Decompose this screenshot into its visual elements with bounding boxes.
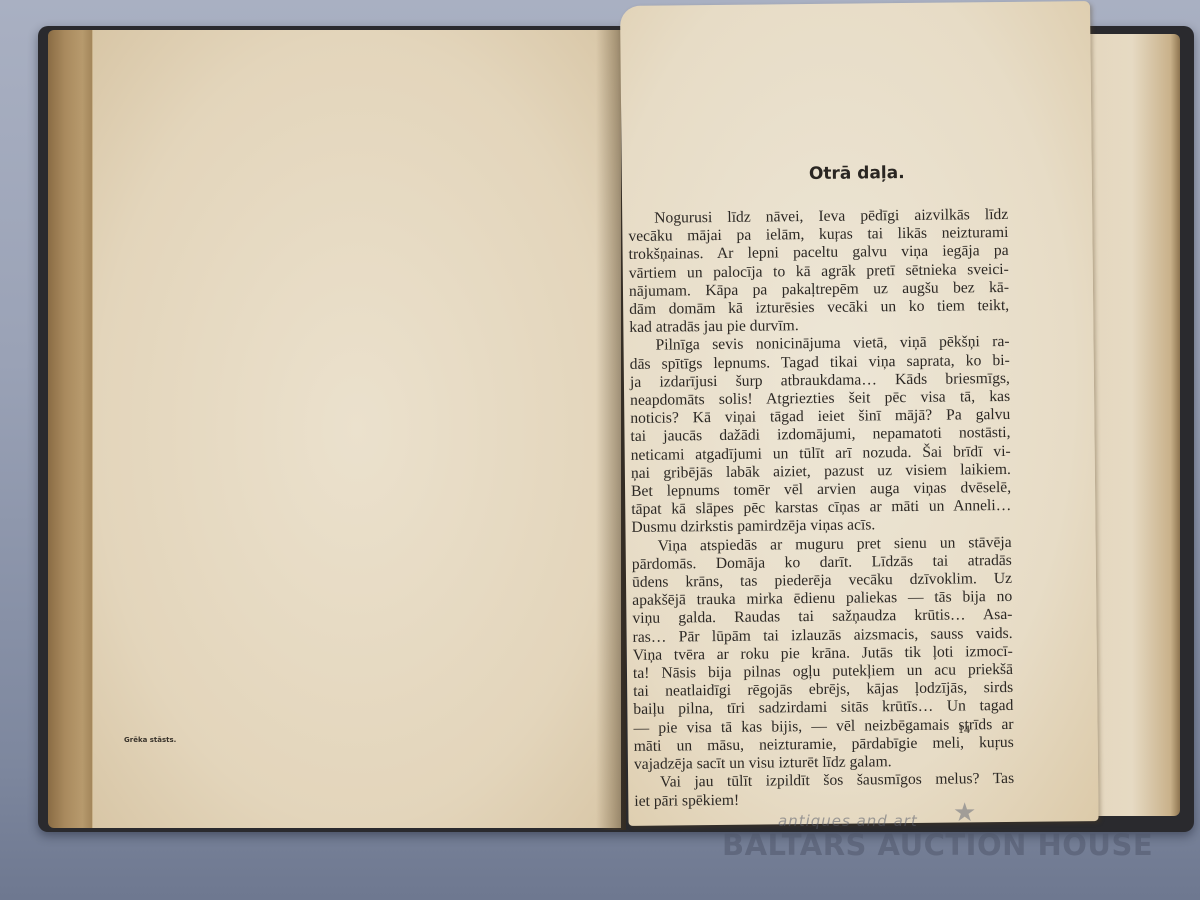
printer-signature: Grēka stāsts. xyxy=(124,736,176,744)
watermark-star-icon: ★ xyxy=(953,798,976,828)
watermark-name: BALTARS AUCTION HOUSE xyxy=(722,828,1153,862)
right-page: Otrā daļa. Nogurusi līdz nāvei, Ieva pēd… xyxy=(620,1,1099,826)
chapter-title: Otrā daļa. xyxy=(622,161,1092,186)
page-number: 14 xyxy=(958,722,970,737)
left-page-blank xyxy=(92,30,621,828)
page-text: Nogurusi līdz nāvei, Ieva pēdīgi aizvilk… xyxy=(628,206,1014,811)
